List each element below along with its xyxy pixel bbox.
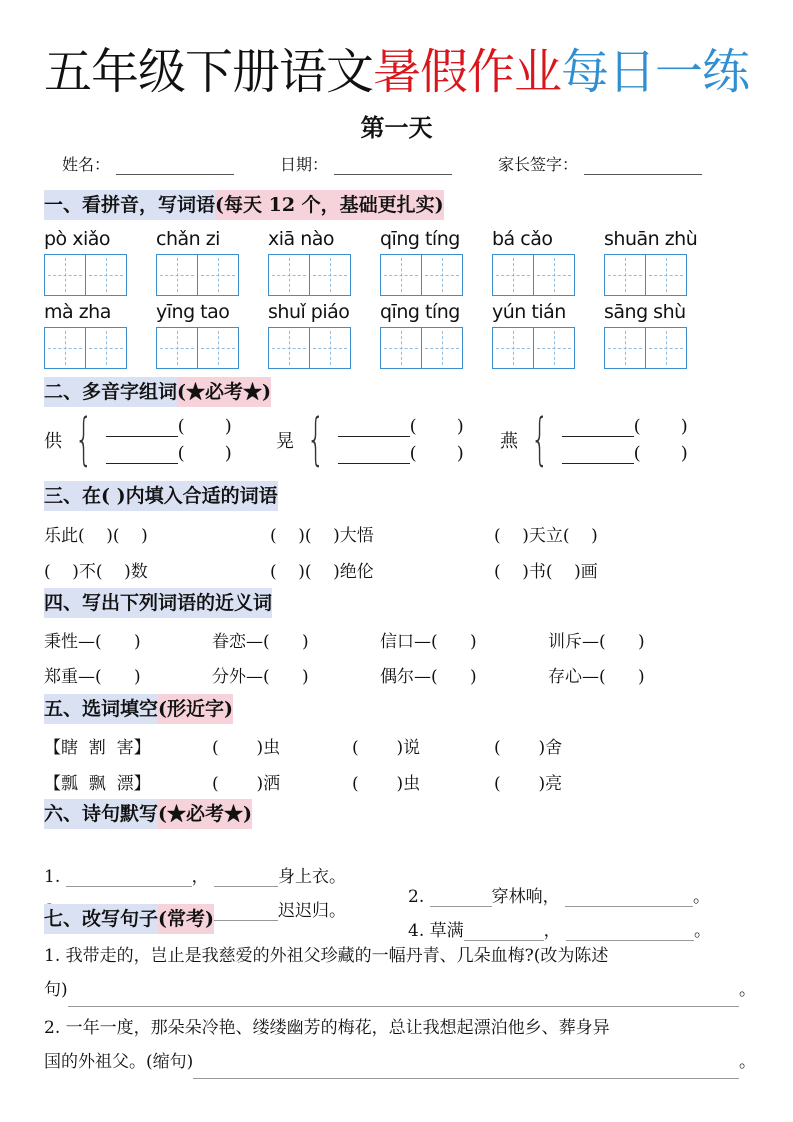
synonym-item[interactable]: 眷恋—( ) bbox=[212, 627, 309, 652]
section-2-title-note: (★必考★) bbox=[177, 377, 271, 407]
section-6-title: 六、诗句默写(★必考★) bbox=[44, 799, 252, 829]
choice-item[interactable]: ( )舍 bbox=[494, 733, 562, 758]
pinyin-blank[interactable]: ( ) bbox=[178, 443, 232, 464]
tianzige-box[interactable] bbox=[604, 327, 646, 369]
tianzige-box[interactable] bbox=[268, 327, 310, 369]
tianzige-box[interactable] bbox=[156, 327, 198, 369]
pinyin-row-2: mà zhayīng taoshuǐ piáoqīng tíngyún tián… bbox=[44, 299, 716, 325]
synonym-item[interactable]: 存心—( ) bbox=[548, 662, 645, 687]
period: 。 bbox=[739, 1045, 756, 1079]
answer-line[interactable] bbox=[562, 418, 634, 437]
date-field[interactable]: 日期： bbox=[280, 152, 452, 175]
pinyin-blank[interactable]: ( ) bbox=[410, 416, 464, 437]
tianzige-box[interactable] bbox=[44, 254, 86, 296]
pinyin-blank[interactable]: ( ) bbox=[634, 443, 688, 464]
pinyin: shuǐ piáo bbox=[268, 299, 380, 325]
pinyin: mà zha bbox=[44, 299, 156, 325]
tianzige-box[interactable] bbox=[533, 327, 575, 369]
question-text: 国的外祖父。(缩句) bbox=[44, 1045, 193, 1079]
section-3-title-main: 三、在( )内填入合适的词语 bbox=[44, 481, 278, 511]
section-5-title-main: 五、选词填空 bbox=[44, 694, 158, 724]
tianzige-box[interactable] bbox=[380, 327, 422, 369]
answer-line[interactable] bbox=[106, 445, 178, 464]
tianzige-box[interactable] bbox=[197, 254, 239, 296]
synonym-item[interactable]: 秉性—( ) bbox=[44, 627, 141, 652]
synonym-item[interactable]: 训斥—( ) bbox=[548, 627, 645, 652]
tianzige-box[interactable] bbox=[85, 327, 127, 369]
section-5-title-note: (形近字) bbox=[158, 694, 233, 724]
comma: ， bbox=[544, 921, 561, 941]
tianzige-box[interactable] bbox=[604, 254, 646, 296]
name-line[interactable] bbox=[116, 156, 234, 175]
pinyin: yīng tao bbox=[156, 299, 268, 325]
pinyin-row-1: pò xiǎochǎn zixiā nàoqīng tíngbá cǎoshuā… bbox=[44, 226, 716, 252]
answer-line[interactable] bbox=[193, 1054, 739, 1079]
pinyin: pò xiǎo bbox=[44, 226, 156, 252]
tianzige-box[interactable] bbox=[44, 327, 86, 369]
synonym-item[interactable]: 分外—( ) bbox=[212, 662, 309, 687]
tianzige-box[interactable] bbox=[85, 254, 127, 296]
pinyin: qīng tíng bbox=[380, 226, 492, 252]
section-6-title-main: 六、诗句默写 bbox=[44, 799, 158, 829]
pinyin: sāng shù bbox=[604, 299, 716, 325]
title-part-3: 每日一练 bbox=[561, 44, 749, 100]
title-part-2: 暑假作业 bbox=[373, 44, 561, 100]
tianzige-box[interactable] bbox=[533, 254, 575, 296]
fill-item[interactable]: ( )不( )数 bbox=[44, 557, 148, 582]
worksheet-title: 五年级下册语文暑假作业每日一练 bbox=[0, 42, 793, 102]
section-5-title: 五、选词填空(形近字) bbox=[44, 694, 233, 724]
section-3-title: 三、在( )内填入合适的词语 bbox=[44, 481, 278, 511]
section-7-title-main: 七、改写句子 bbox=[44, 904, 158, 934]
tianzige-box[interactable] bbox=[197, 327, 239, 369]
polyphone-group-1: 供{ ( )( ) bbox=[44, 412, 232, 468]
synonym-item[interactable]: 偶尔—( ) bbox=[380, 662, 477, 687]
tianzige-box[interactable] bbox=[268, 254, 310, 296]
tianzige-box[interactable] bbox=[492, 327, 534, 369]
answer-line[interactable] bbox=[562, 445, 634, 464]
grid-row-2 bbox=[44, 327, 716, 373]
fill-item[interactable]: 乐此( )( ) bbox=[44, 521, 148, 546]
pinyin: yún tián bbox=[492, 299, 604, 325]
date-line[interactable] bbox=[334, 156, 452, 175]
polyphone-group-2: 晃{ ( )( ) bbox=[276, 412, 464, 468]
pinyin: chǎn zi bbox=[156, 226, 268, 252]
choice-item[interactable]: ( )虫 bbox=[212, 733, 280, 758]
section-4-title: 四、写出下列词语的近义词 bbox=[44, 588, 272, 618]
question-text: 句) bbox=[44, 973, 68, 1007]
grid-row-1 bbox=[44, 254, 716, 300]
pinyin-blank[interactable]: ( ) bbox=[410, 443, 464, 464]
synonym-item[interactable]: 信口—( ) bbox=[380, 627, 477, 652]
pinyin-blank[interactable]: ( ) bbox=[634, 416, 688, 437]
fill-item[interactable]: ( )( )大悟 bbox=[270, 521, 374, 546]
poem-text: 4. 草满 bbox=[408, 921, 464, 941]
tianzige-box[interactable] bbox=[309, 254, 351, 296]
answer-line[interactable] bbox=[106, 418, 178, 437]
brace-icon: { bbox=[307, 412, 325, 468]
answer-line[interactable] bbox=[338, 445, 410, 464]
choice-item[interactable]: ( )说 bbox=[352, 733, 420, 758]
name-label: 姓名： bbox=[62, 152, 110, 175]
section-1-title-note: (每天 12 个，基础更扎实) bbox=[215, 190, 444, 220]
info-row: 姓名： 日期： 家长签字： bbox=[62, 152, 742, 175]
period: 。 bbox=[694, 921, 711, 941]
fill-item[interactable]: ( )( )绝伦 bbox=[270, 557, 374, 582]
section-4-title-main: 四、写出下列词语的近义词 bbox=[44, 588, 272, 618]
question-text: 2. 一年一度，那朵朵冷艳、缕缕幽芳的梅花，总让我想起漂泊他乡、葬身异 bbox=[44, 1011, 756, 1045]
choice-item[interactable]: ( )亮 bbox=[494, 769, 562, 794]
sign-field[interactable]: 家长签字： bbox=[498, 152, 702, 175]
tianzige-box[interactable] bbox=[156, 254, 198, 296]
tianzige-box[interactable] bbox=[645, 327, 687, 369]
brace-icon: { bbox=[531, 412, 549, 468]
pinyin: xiā nào bbox=[268, 226, 380, 252]
brace-icon: { bbox=[75, 412, 93, 468]
choice-group: 【瞎 割 害】 bbox=[44, 733, 151, 758]
tianzige-box[interactable] bbox=[492, 254, 534, 296]
pinyin: bá cǎo bbox=[492, 226, 604, 252]
poem-text: 迟迟归。 bbox=[278, 901, 346, 921]
title-part-1: 五年级下册语文 bbox=[44, 44, 373, 100]
answer-line[interactable] bbox=[214, 902, 278, 921]
choice-item[interactable]: ( )洒 bbox=[212, 769, 280, 794]
pinyin-blank[interactable]: ( ) bbox=[178, 416, 232, 437]
date-label: 日期： bbox=[280, 152, 328, 175]
fill-item[interactable]: ( )天立( ) bbox=[494, 521, 598, 546]
polyphone-char: 供 bbox=[44, 427, 62, 453]
polyphone-char: 燕 bbox=[500, 427, 518, 453]
section-7-title-note: (常考) bbox=[158, 904, 214, 934]
synonym-item[interactable]: 郑重—( ) bbox=[44, 662, 141, 687]
tianzige-box[interactable] bbox=[309, 327, 351, 369]
choice-item[interactable]: ( )虫 bbox=[352, 769, 420, 794]
section-7-title: 七、改写句子(常考) bbox=[44, 904, 214, 934]
tianzige-box[interactable] bbox=[421, 254, 463, 296]
tianzige-box[interactable] bbox=[421, 327, 463, 369]
section-1-title-main: 一、看拼音，写词语 bbox=[44, 190, 215, 220]
day-heading: 第一天 bbox=[0, 108, 793, 143]
answer-line[interactable] bbox=[68, 982, 739, 1007]
section-1-title: 一、看拼音，写词语(每天 12 个，基础更扎实) bbox=[44, 190, 444, 220]
polyphone-char: 晃 bbox=[276, 427, 294, 453]
fill-item[interactable]: ( )书( )画 bbox=[494, 557, 598, 582]
period: 。 bbox=[739, 973, 756, 1007]
answer-line[interactable] bbox=[338, 418, 410, 437]
tianzige-box[interactable] bbox=[645, 254, 687, 296]
tianzige-box[interactable] bbox=[380, 254, 422, 296]
section-2-title-main: 二、多音字组词 bbox=[44, 377, 177, 407]
rewrite-question-1: 1. 我带走的，岂止是我慈爱的外祖父珍藏的一幅丹青、几朵血梅?(改为陈述 句)。 bbox=[44, 939, 756, 1007]
pinyin: shuān zhù bbox=[604, 226, 716, 252]
sign-label: 家长签字： bbox=[498, 152, 578, 175]
section-2-title: 二、多音字组词(★必考★) bbox=[44, 377, 271, 407]
section-6-title-note: (★必考★) bbox=[158, 799, 252, 829]
rewrite-question-2: 2. 一年一度，那朵朵冷艳、缕缕幽芳的梅花，总让我想起漂泊他乡、葬身异 国的外祖… bbox=[44, 1011, 756, 1079]
polyphone-group-3: 燕{ ( )( ) bbox=[500, 412, 688, 468]
pinyin: qīng tíng bbox=[380, 299, 492, 325]
name-field[interactable]: 姓名： bbox=[62, 152, 234, 175]
question-text: 1. 我带走的，岂止是我慈爱的外祖父珍藏的一幅丹青、几朵血梅?(改为陈述 bbox=[44, 939, 756, 973]
choice-group: 【瓢 飘 漂】 bbox=[44, 769, 151, 794]
sign-line[interactable] bbox=[584, 156, 702, 175]
